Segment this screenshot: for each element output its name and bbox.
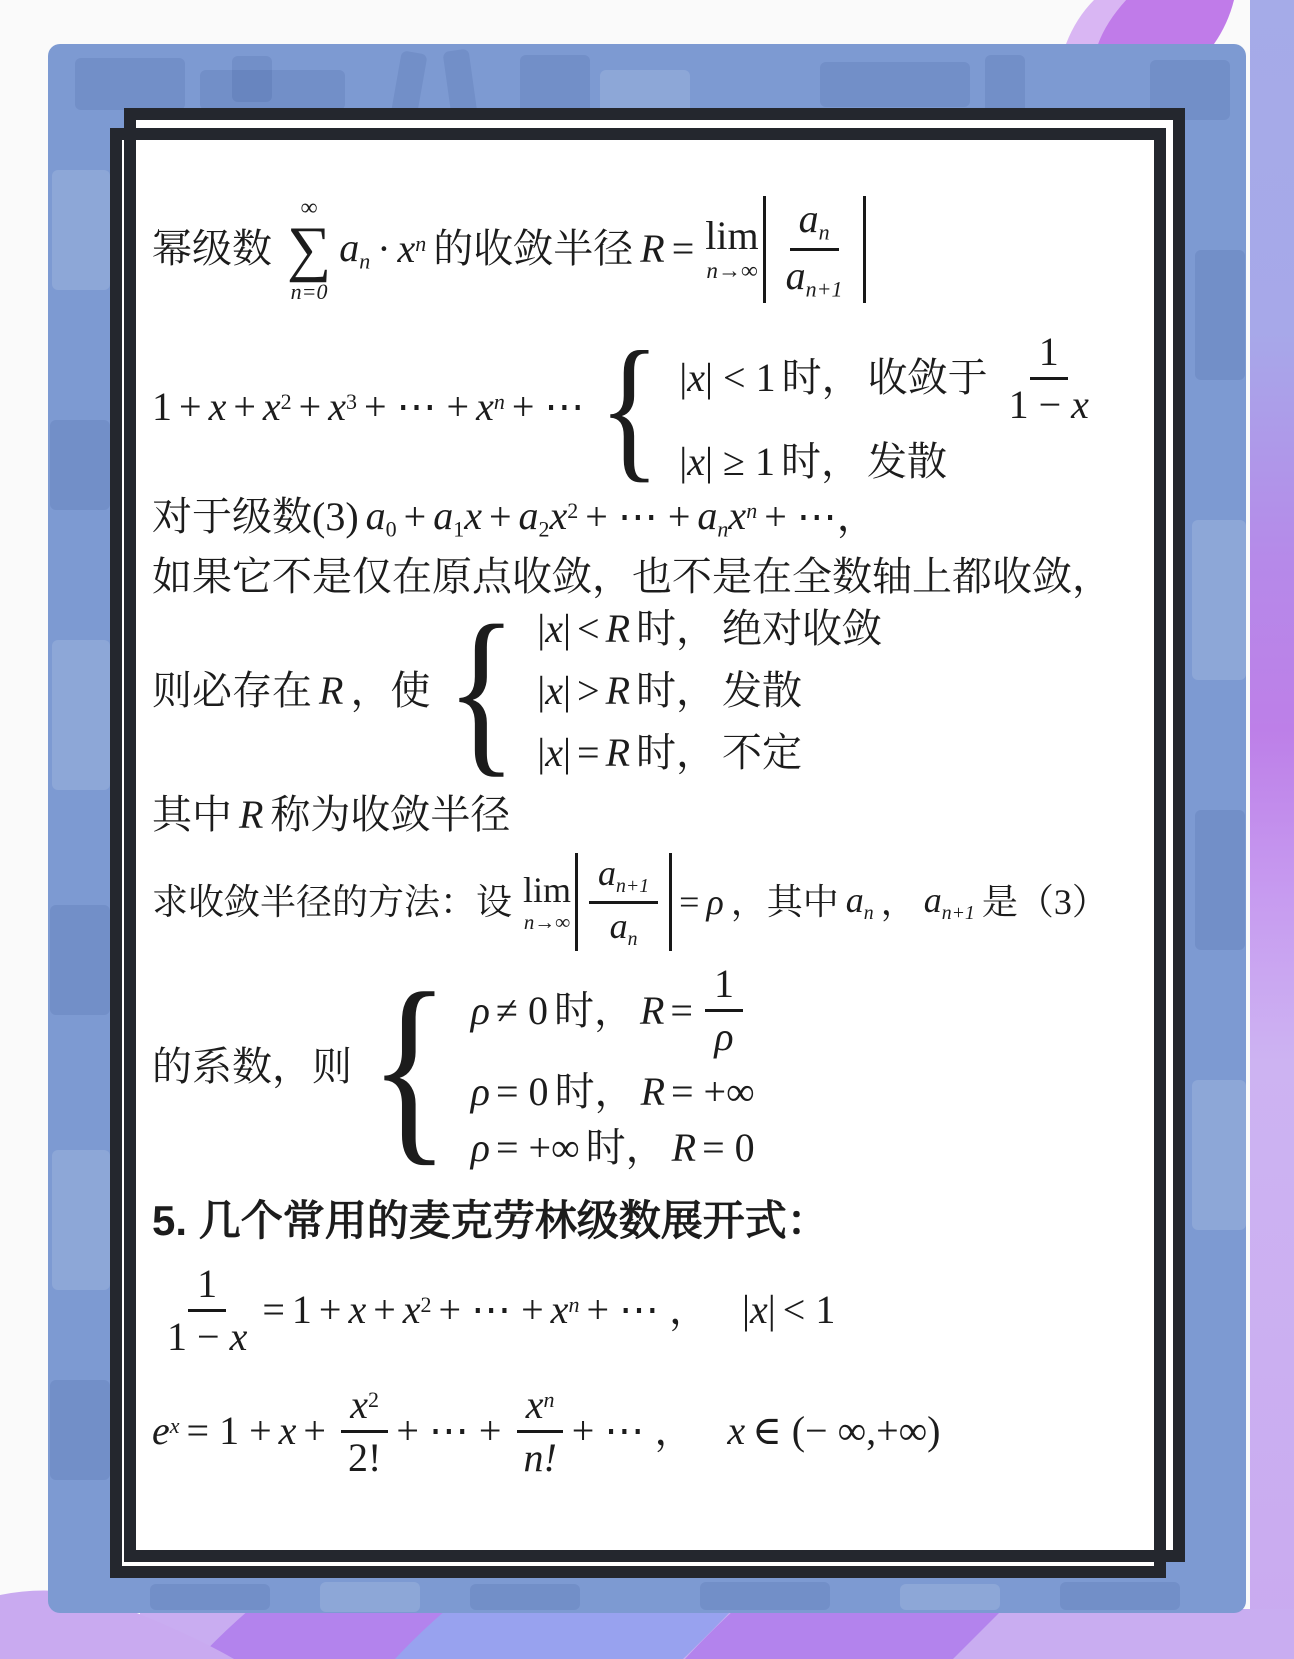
numerator: x2 [341,1382,388,1433]
term-anxn: anxn [697,492,757,543]
math-token: n [628,928,638,950]
math-token: a [598,853,616,893]
math-token: + [319,1286,342,1334]
case-row: ρ ≠ 0 时， R = 1 ρ [471,961,761,1060]
label-power-series: 幂级数 [152,225,272,273]
math-token: a [366,493,386,538]
math-token: ρ [706,881,723,924]
math-token: 其中 [152,791,232,839]
abs-x: |x| [537,605,571,653]
math-token: + ⋯ ， [572,1407,695,1455]
math-token: 发散 [722,667,802,715]
math-token: 时， [555,1068,635,1116]
math-token: + ⋯ [512,383,585,431]
heading-maclaurin: 5. 几个常用的麦克劳林级数展开式： [152,1196,1157,1246]
math-token: n=0 [291,281,328,303]
math-token: + ⋯ + [439,1286,544,1334]
math-token: n [864,902,874,924]
limit-operator: lim n→∞ [523,872,571,933]
absolute-value: an+1 an [575,853,672,951]
term-x2: x2 [403,1286,432,1334]
line-exp-expansion: ex = 1 + x + x2 2! + ⋯ + xn n! + ⋯ ， x ∈… [152,1382,1157,1481]
denominator: an+1 [777,251,852,303]
watermark-shape [1195,250,1245,380]
math-token: R [640,987,664,1035]
paragraph-text: 如果它不是仅在原点收敛，也不是在全数轴上都收敛， [152,553,1112,601]
watermark-shape [1060,1582,1180,1610]
math-token: x [350,1382,368,1427]
label-coefficients: 的系数，则 [152,1043,352,1091]
math-token: n+1 [942,902,975,924]
math-token: ，其中 [731,881,839,924]
label-radius: 的收敛半径 [433,225,633,273]
watermark-shape [470,1584,580,1610]
math-token: e [152,1408,170,1453]
math-token: = [670,987,693,1035]
math-token: ρ [471,987,490,1035]
term-xn: xn [398,225,427,273]
math-token: + [373,1286,396,1334]
absolute-value: an an+1 [763,196,866,303]
math-token: n+1 [616,875,649,897]
math-token: = +∞ [496,1124,580,1172]
math-token: x [1071,382,1089,427]
watermark-shape [150,1584,270,1610]
term-a2x2: a2x2 [519,492,579,543]
line-radius-cases: 则必存在 R ，使 { |x| < R 时， 绝对收敛 |x| > R 时， 发… [152,605,1157,777]
term-ex: ex [152,1407,180,1455]
notes-content: 幂级数 ∞ ∑ n=0 an · xn 的收敛半径 R = lim n→∞ an… [152,148,1157,1481]
fraction: xn n! [514,1382,565,1481]
line-radius-method: 求收敛半径的方法：设 lim n→∞ an+1 an = ρ ，其中 an ， … [152,853,1157,951]
math-token: + [179,383,202,431]
label-exists: 则必存在 [152,667,312,715]
term-xn: xn [551,1286,580,1334]
math-token: = [672,225,695,273]
math-token: · [377,225,390,273]
math-token: n+1 [806,277,843,302]
math-token: x [526,1382,544,1427]
numerator: xn [517,1382,564,1433]
term-a0: a0 [366,492,397,543]
math-token: + [404,493,427,541]
math-token: 收敛于 [868,354,988,402]
math-token: | [563,606,571,651]
denominator: an [601,904,647,952]
math-token: 绝对收敛 [722,605,882,653]
math-token: R [606,667,630,715]
line-geometric-series-cases: 1 + x + x2 + x3 + ⋯ + xn + ⋯ { |x| < 1 时… [152,329,1157,486]
denominator: 1 − x [1000,380,1098,428]
watermark-shape [1192,1080,1246,1230]
line-text-convergence: 如果它不是仅在原点收敛，也不是在全数轴上都收敛， [152,553,1157,601]
math-token: n→∞ [706,260,757,283]
math-token: | [768,1287,776,1332]
math-token: < [577,605,600,653]
case-row: |x| > R 时， 发散 [537,667,888,715]
math-token: R [640,225,664,273]
math-token: 1 − [167,1314,220,1359]
math-token: n [819,220,830,245]
math-token: a [339,225,359,270]
math-token: + ⋯ + [585,493,690,541]
abs-x: |x| [537,729,571,777]
math-token: x [687,439,705,484]
math-token: a [610,906,628,946]
numerator: 1 [1030,329,1068,380]
page: 幂级数 ∞ ∑ n=0 an · xn 的收敛半径 R = lim n→∞ an… [0,0,1294,1659]
math-token: | [563,668,571,713]
math-token: 时， [636,605,716,653]
case-row: |x| = R 时， 不定 [537,729,888,777]
math-token: x [750,1287,768,1332]
math-token: x [403,1287,421,1332]
math-token: 2 [421,1292,432,1317]
fraction: 1 1 − x [158,1261,256,1360]
top-swoosh-decoration [1014,0,1254,44]
math-token: + ⋯ + [396,1407,501,1455]
math-token: 时， [586,1124,666,1172]
math-token: n [568,1292,579,1317]
math-token: x [727,1407,745,1455]
term-x2: x2 [263,383,292,431]
watermark-shape [900,1584,1000,1610]
math-token: = +∞ [671,1068,755,1116]
term-an: an [339,224,370,275]
math-token: 2 [567,498,578,523]
math-token: ， [881,881,917,924]
math-token: x [230,1314,248,1359]
math-token: | < 1 [705,355,776,400]
math-token: = [262,1286,285,1334]
watermark-shape [1192,520,1246,680]
math-token: 0 [386,517,397,542]
watermark-shape [820,62,970,107]
math-token: | ≥ 1 [705,439,775,484]
line-series-3: 对于级数(3) a0 + a1x + a2x2 + ⋯ + anxn + ⋯， [152,492,1157,543]
math-token: a [786,253,806,298]
term-an1: an+1 [924,879,975,926]
math-token: = [577,729,600,777]
math-token: + [299,383,322,431]
watermark-shape [52,640,110,790]
math-token: 称为收敛半径 [270,791,510,839]
math-token: = 1 + [187,1407,272,1455]
math-token: x [328,384,346,429]
case-row: |x| < 1 时， 收敛于 1 1 − x [679,329,1104,428]
math-token: + [233,383,256,431]
math-token: n [717,517,728,542]
math-token: 3 [346,389,357,414]
math-token: ρ [471,1068,490,1116]
math-token: x [170,1413,180,1438]
arc-band-periwinkle [393,1609,733,1659]
math-token: a [799,196,819,241]
denominator: n! [514,1433,565,1481]
cases-block: |x| < 1 时， 收敛于 1 1 − x |x| ≥ 1 时， 发散 [679,329,1104,486]
math-token: x [476,384,494,429]
denominator: 1 − x [158,1312,256,1360]
math-token: n [494,389,505,414]
math-token: R [319,667,343,715]
math-token: x [545,606,563,651]
math-token: n→∞ [524,912,570,933]
math-token: R [239,791,263,839]
line-r-definition: 其中 R 称为收敛半径 [152,791,1157,839]
numerator: 1 [705,961,743,1012]
numerator: an+1 [589,853,658,904]
math-token: 1 − [1009,382,1062,427]
watermark-shape [1195,810,1245,950]
math-token: R [672,1124,696,1172]
limit-operator: lim n→∞ [705,216,758,283]
math-token: 时， [781,438,861,486]
math-token: ≠ 0 [496,987,548,1035]
line-rho-cases: 的系数，则 { ρ ≠ 0 时， R = 1 ρ ρ = 0 时， [152,961,1157,1172]
math-token: = [679,881,699,924]
math-token: x [398,226,416,271]
domain-text: ∈ (− ∞,+∞) [752,1407,940,1455]
math-token: 是（3） [982,881,1108,924]
math-token: 1 [152,383,172,431]
math-token: | [742,1287,750,1332]
case-row: |x| ≥ 1 时， 发散 [679,438,1104,486]
math-token: 1 [292,1286,312,1334]
watermark-shape [52,170,110,290]
math-token: + [303,1407,326,1455]
math-token: 2 [368,1387,379,1412]
math-token: x [279,1407,297,1455]
case-row: ρ = +∞ 时， R = 0 [471,1124,761,1172]
numerator: 1 [188,1261,226,1312]
math-token: = 0 [496,1068,549,1116]
math-token: x [687,355,705,400]
term-x3: x3 [328,383,357,431]
abs-x-condition: |x| [742,1286,776,1334]
label-series-3: 对于级数(3) [152,493,359,541]
math-token: = 0 [702,1124,755,1172]
abs-x: |x| < 1 [679,354,775,402]
math-token: x [545,730,563,775]
math-token: a [924,880,942,920]
math-token: n [415,231,426,256]
fraction: 1 ρ [705,961,743,1060]
math-token: R [641,1068,665,1116]
math-token: | [563,730,571,775]
math-token: R [606,605,630,653]
term-an: an [846,879,874,926]
math-token: n [359,249,370,274]
case-row: |x| < R 时， 绝对收敛 [537,605,888,653]
cases-block: ρ ≠ 0 时， R = 1 ρ ρ = 0 时， R = +∞ [471,961,761,1172]
abs-x: |x| ≥ 1 [679,438,775,486]
math-token: x [464,493,482,538]
case-row: ρ = 0 时， R = +∞ [471,1068,761,1116]
math-token: x [728,493,746,538]
math-token: R [606,729,630,777]
fraction: an+1 an [589,853,658,951]
math-token: x [545,668,563,713]
math-token: 时， [782,354,862,402]
math-token: n! [523,1435,556,1480]
math-token: a [519,493,539,538]
math-token: n [746,498,757,523]
math-token: < 1 [783,1286,836,1334]
math-token: 1 [453,517,464,542]
watermark-shape [232,56,272,102]
denominator: ρ [705,1012,742,1060]
sigma-symbol: ∑ [287,220,331,279]
term-xn: xn [476,383,505,431]
arc-band-purple-2 [685,1609,1003,1659]
math-token: + [489,493,512,541]
math-token: 不定 [722,729,802,777]
math-token: lim [705,216,758,256]
math-token: + ⋯ ， [586,1286,709,1334]
watermark-shape [50,905,110,1015]
abs-x: |x| [537,667,571,715]
math-token: 2 [281,389,292,414]
numerator: an [790,196,839,251]
math-token: 发散 [867,438,947,486]
math-token: x [348,1286,366,1334]
term-a1x: a1x [433,492,482,543]
math-token: 时， [636,729,716,777]
fraction: an an+1 [777,196,852,303]
math-token: x [550,493,568,538]
watermark-shape [200,70,345,110]
right-gradient-band [1250,0,1294,1659]
watermark-shape [50,420,110,510]
math-token: ρ [471,1124,490,1172]
math-token: lim [523,872,571,908]
math-token: n [543,1387,554,1412]
math-token: a [846,880,864,920]
math-token: x [551,1287,569,1332]
watermark-shape [50,1380,110,1480]
cases-block: |x| < R 时， 绝对收敛 |x| > R 时， 发散 |x| = R [537,605,888,777]
math-token: 时， [554,987,634,1035]
denominator: 2! [339,1433,390,1481]
label-such-that: ，使 [350,667,430,715]
math-token: + ⋯， [764,493,877,541]
math-token: x [263,384,281,429]
math-token: > [577,667,600,715]
math-token: a [433,493,453,538]
line-power-series-radius: 幂级数 ∞ ∑ n=0 an · xn 的收敛半径 R = lim n→∞ an… [152,196,1157,303]
watermark-shape [320,1582,420,1612]
watermark-shape [700,1582,830,1610]
line-geometric-expansion: 1 1 − x = 1 + x + x2 + ⋯ + xn + ⋯ ， |x| … [152,1261,1157,1360]
fraction: 1 1 − x [1000,329,1098,428]
math-token: x [209,383,227,431]
math-token: + ⋯ + [364,383,469,431]
fraction: x2 2! [339,1382,390,1481]
watermark-shape [52,1150,110,1290]
math-token: 2 [539,517,550,542]
label-method: 求收敛半径的方法：设 [152,881,512,924]
watermark-shape [75,58,185,110]
sum-operator: ∞ ∑ n=0 [287,196,331,303]
math-token: 时， [636,667,716,715]
heading-text: 5. 几个常用的麦克劳林级数展开式： [152,1196,829,1246]
math-token: a [697,493,717,538]
